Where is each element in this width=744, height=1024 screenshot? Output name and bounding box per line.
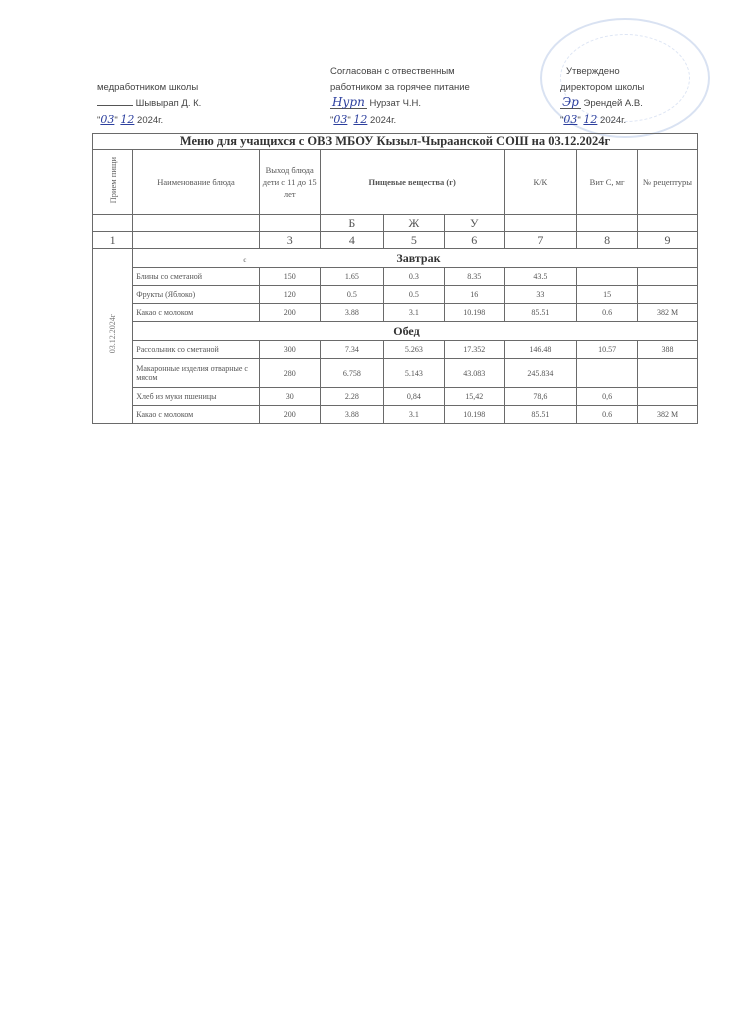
signature: Нурп (330, 97, 367, 109)
column-number: 9 (638, 232, 698, 249)
date-year: 2024г. (600, 115, 626, 126)
dish-kcal: 245.834 (504, 359, 576, 388)
dish-portion: 150 (259, 268, 320, 286)
dish-carbs: 10.198 (444, 406, 504, 424)
date-month: 12 (353, 113, 367, 126)
menu-title: Меню для учащихся с ОВЗ МБОУ Кызыл-Чыраа… (93, 134, 698, 150)
dish-portion: 300 (259, 341, 320, 359)
dish-protein: 1.65 (320, 268, 383, 286)
dish-vitc (577, 268, 638, 286)
dish-portion: 30 (259, 388, 320, 406)
approval-director-name: Эрендей А.В. (584, 98, 643, 109)
dish-protein: 6.758 (320, 359, 383, 388)
date-month: 12 (120, 113, 134, 126)
dish-recipe: 382 М (638, 304, 698, 322)
dish-row: Какао с молоком2003.883.110.19885.510.63… (93, 406, 698, 424)
dish-row: Хлеб из муки пшеницы302.280,8415,4278,60… (93, 388, 698, 406)
dish-name: Какао с молоком (133, 304, 260, 322)
date-year: 2024г. (137, 115, 163, 126)
subheader-fat: Ж (383, 215, 444, 232)
approval-food-name: Нурзат Ч.Н. (369, 98, 421, 109)
dish-vitc: 15 (577, 286, 638, 304)
column-number: 8 (577, 232, 638, 249)
approval-medical-role: медработником школы (97, 80, 201, 96)
dish-row: Блины со сметаной1501.650.38.3543.5 (93, 268, 698, 286)
meal-date: 03.12.2024г (93, 249, 133, 424)
dish-recipe (638, 388, 698, 406)
approval-medical-name: Шывырап Д. К. (136, 98, 202, 109)
dish-carbs: 8.35 (444, 268, 504, 286)
signature-line (97, 96, 133, 106)
dish-carbs: 17.352 (444, 341, 504, 359)
dish-name: Хлеб из муки пшеницы (133, 388, 260, 406)
dish-fat: 5.263 (383, 341, 444, 359)
menu-table: Меню для учащихся с ОВЗ МБОУ Кызыл-Чыраа… (92, 133, 698, 424)
section-title: Обед (133, 322, 698, 341)
column-number: 3 (259, 232, 320, 249)
header-kcal: К/К (504, 150, 576, 215)
dish-fat: 0,84 (383, 388, 444, 406)
subheader-protein: Б (320, 215, 383, 232)
dish-kcal: 33 (504, 286, 576, 304)
header-portion: Выход блюда дети с 11 до 15 лет (259, 150, 320, 215)
subheader-carbs: У (444, 215, 504, 232)
dish-kcal: 85.51 (504, 304, 576, 322)
section-row: Обед (93, 322, 698, 341)
header-dish: Наименование блюда (133, 150, 260, 215)
column-number: 5 (383, 232, 444, 249)
dish-row: Какао с молоком2003.883.110.19885.510.63… (93, 304, 698, 322)
dish-fat: 0.5 (383, 286, 444, 304)
column-number: 1 (93, 232, 133, 249)
dish-kcal: 78,6 (504, 388, 576, 406)
dish-fat: 3.1 (383, 304, 444, 322)
dish-protein: 3.88 (320, 304, 383, 322)
dish-name: Какао с молоком (133, 406, 260, 424)
dish-kcal: 43.5 (504, 268, 576, 286)
dish-vitc: 10.57 (577, 341, 638, 359)
dish-fat: 5.143 (383, 359, 444, 388)
dish-vitc: 0,6 (577, 388, 638, 406)
date-day: 03 (100, 113, 114, 126)
column-number: 4 (320, 232, 383, 249)
column-number (133, 232, 260, 249)
dish-carbs: 15,42 (444, 388, 504, 406)
header-vitc: Вит С, мг (577, 150, 638, 215)
date-month: 12 (583, 113, 597, 126)
dish-portion: 280 (259, 359, 320, 388)
dish-portion: 200 (259, 406, 320, 424)
dish-carbs: 43.083 (444, 359, 504, 388)
header-meal: Прием пищи (93, 150, 133, 215)
date-day: 03 (333, 113, 347, 126)
dish-recipe: 382 М (638, 406, 698, 424)
column-number: 6 (444, 232, 504, 249)
dish-recipe (638, 359, 698, 388)
dish-row: Макаронные изделия отварные с мясом2806.… (93, 359, 698, 388)
approval-director: Утверждено директором школы Эр Эрендей А… (566, 64, 644, 129)
dish-portion: 120 (259, 286, 320, 304)
dish-recipe (638, 286, 698, 304)
approval-director-line2: директором школы (560, 80, 644, 96)
dish-kcal: 85.51 (504, 406, 576, 424)
date-day: 03 (563, 113, 577, 126)
signature: Эр (560, 97, 581, 109)
section-row: 03.12.2024гсЗавтрак (93, 249, 698, 268)
dish-vitc (577, 359, 638, 388)
dish-carbs: 10.198 (444, 304, 504, 322)
section-title: сЗавтрак (133, 249, 698, 268)
dish-protein: 7.34 (320, 341, 383, 359)
date-year: 2024г. (370, 115, 396, 126)
dish-protein: 3.88 (320, 406, 383, 424)
dish-fat: 0.3 (383, 268, 444, 286)
approval-food-line2: работником за горячее питание (330, 80, 470, 96)
dish-name: Рассольник со сметаной (133, 341, 260, 359)
dish-name: Фрукты (Яблоко) (133, 286, 260, 304)
dish-recipe: 388 (638, 341, 698, 359)
header-nutrients: Пищевые вещества (г) (320, 150, 504, 215)
dish-protein: 2.28 (320, 388, 383, 406)
dish-row: Фрукты (Яблоко)1200.50.5163315 (93, 286, 698, 304)
approval-food-responsible: Согласован с отвественным работником за … (330, 64, 470, 129)
approval-director-line1: Утверждено (566, 64, 644, 80)
dish-vitc: 0.6 (577, 304, 638, 322)
dish-carbs: 16 (444, 286, 504, 304)
dish-row: Рассольник со сметаной3007.345.26317.352… (93, 341, 698, 359)
dish-protein: 0.5 (320, 286, 383, 304)
dish-recipe (638, 268, 698, 286)
dish-portion: 200 (259, 304, 320, 322)
dish-vitc: 0.6 (577, 406, 638, 424)
column-number: 7 (504, 232, 576, 249)
approval-medical: медработником школы Шывырап Д. К. "03" 1… (97, 80, 201, 129)
header-recipe: № рецептуры (638, 150, 698, 215)
dish-name: Блины со сметаной (133, 268, 260, 286)
dish-fat: 3.1 (383, 406, 444, 424)
dish-kcal: 146.48 (504, 341, 576, 359)
column-numbers-row: 13456789 (93, 232, 698, 249)
approval-food-line1: Согласован с отвественным (330, 64, 470, 80)
dish-name: Макаронные изделия отварные с мясом (133, 359, 260, 388)
